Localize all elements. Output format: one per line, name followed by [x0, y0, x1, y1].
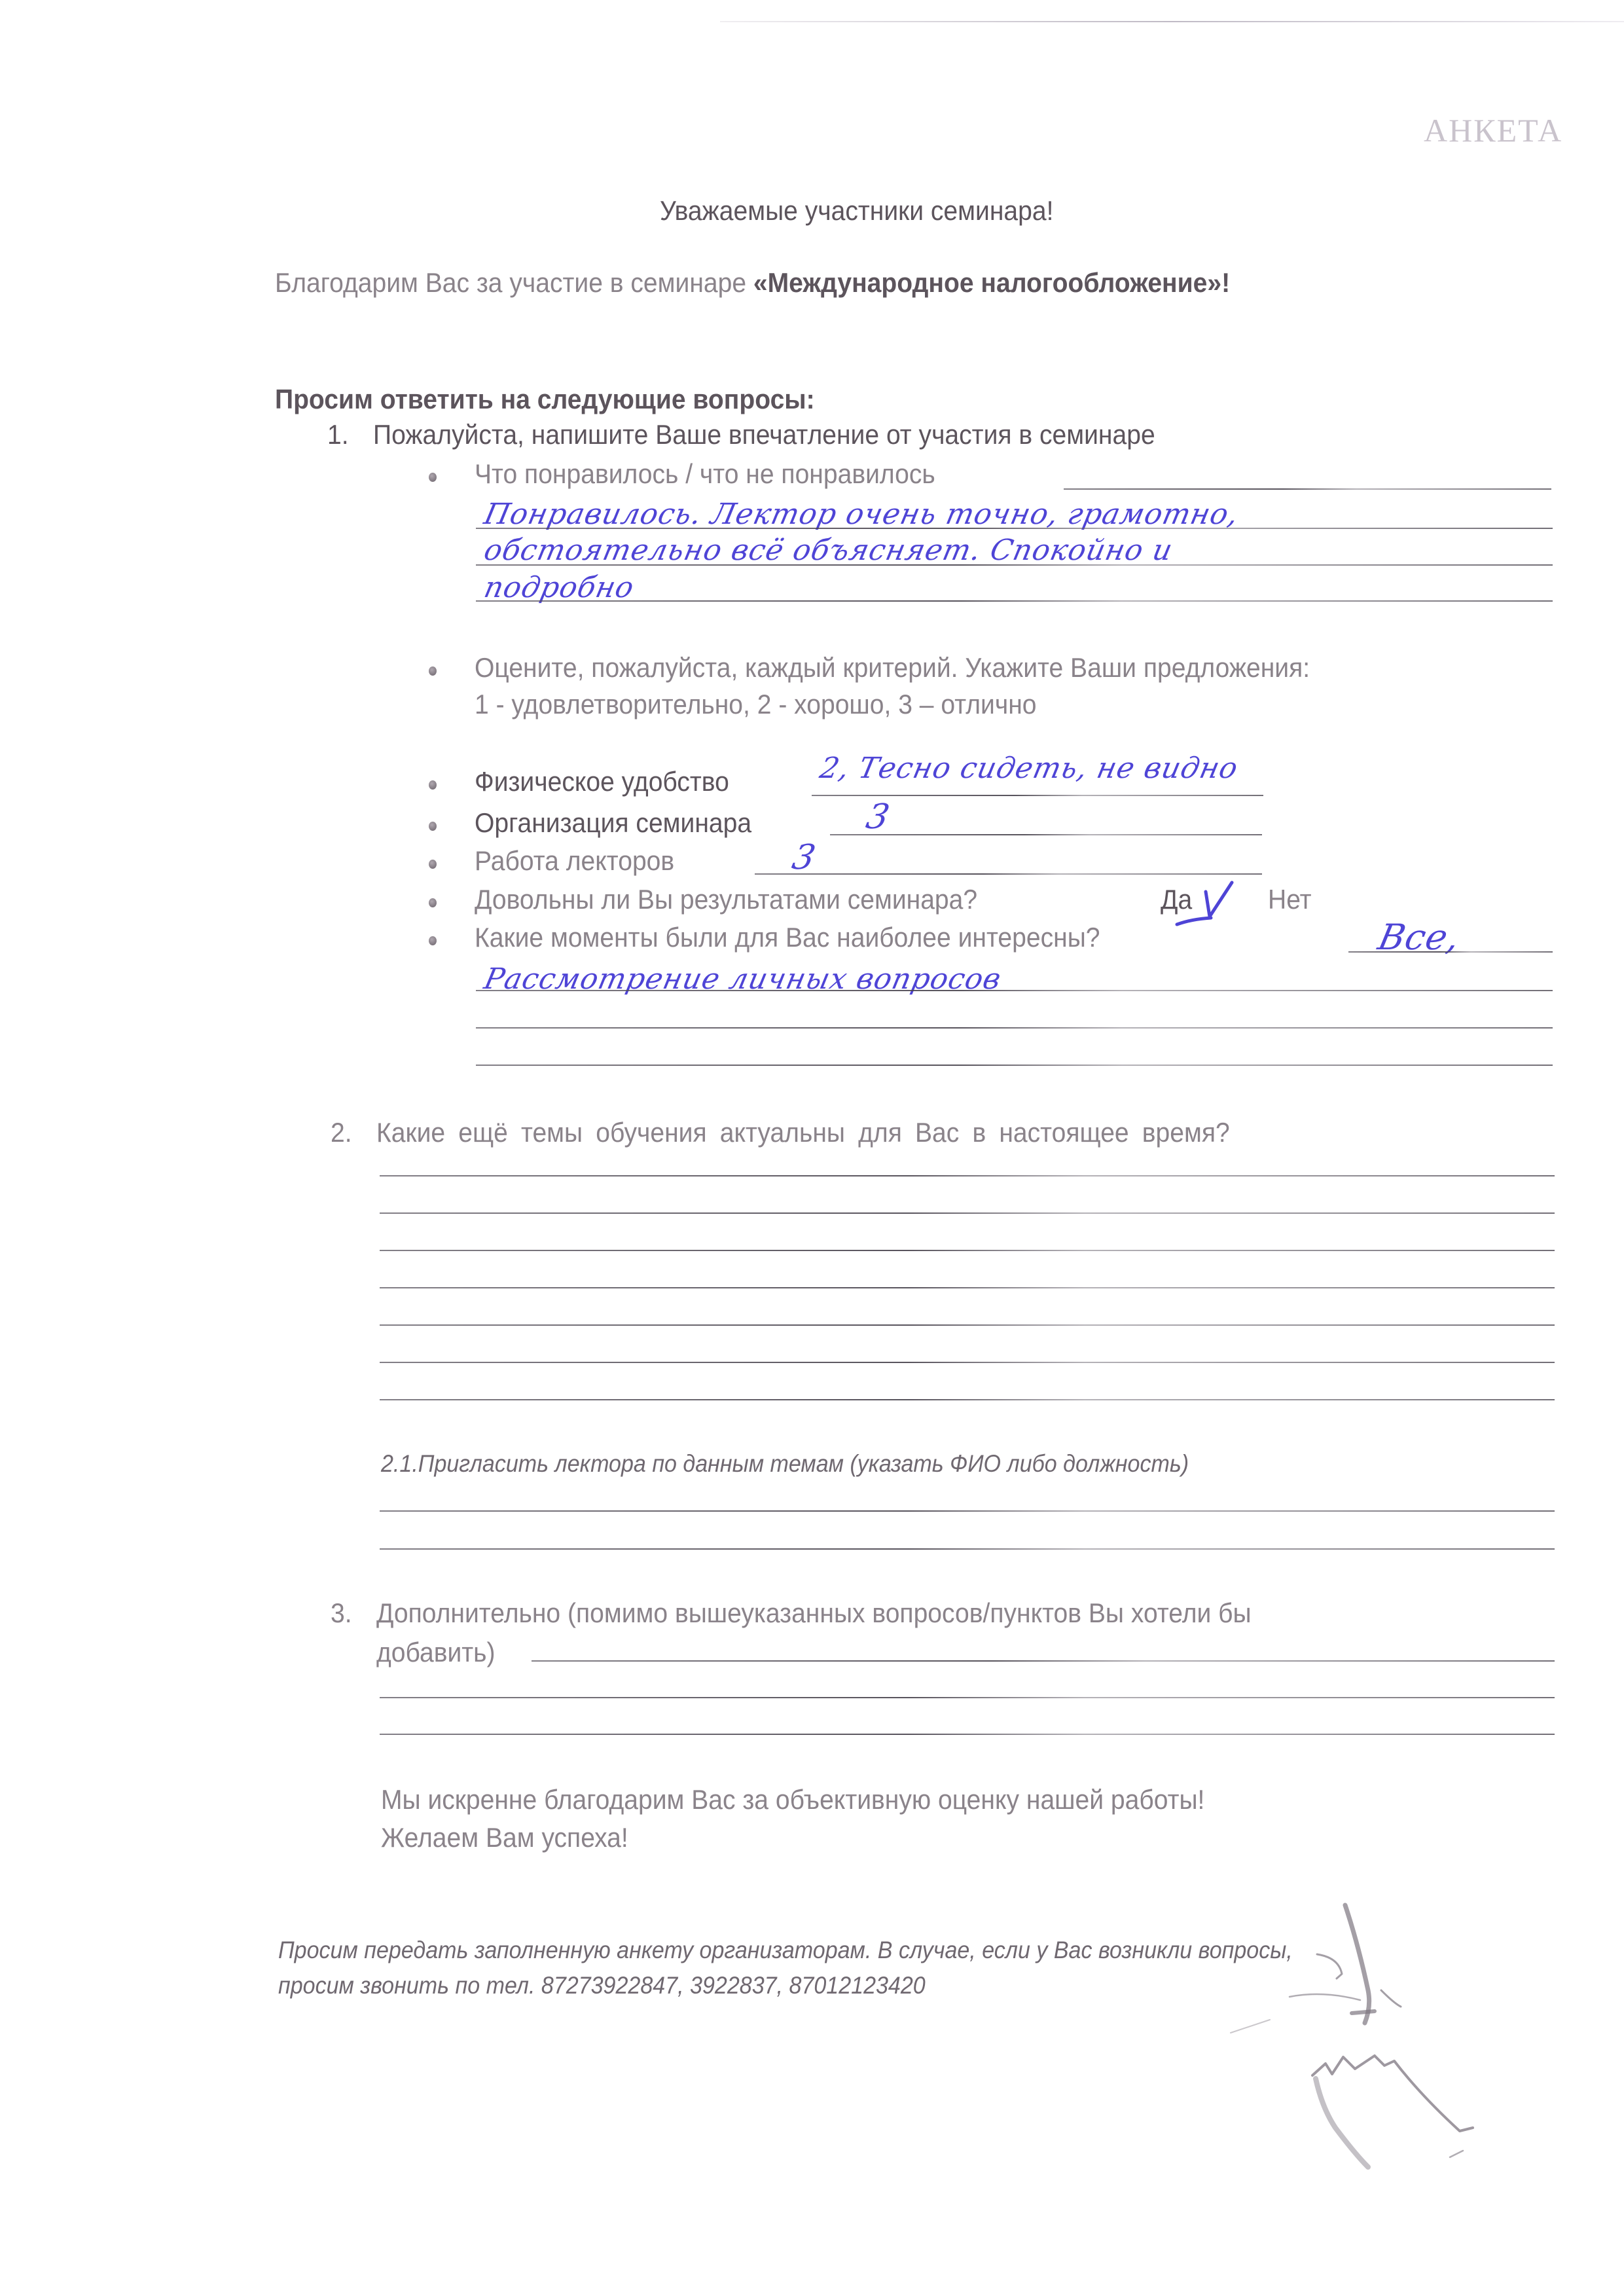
bullet-icon	[429, 936, 437, 945]
criterion-lecturers-answer: 3	[789, 838, 820, 877]
footer-line2: просим звонить по тел. 87273922847, 3922…	[278, 1972, 926, 1999]
footer-line1: Просим передать заполненную анкету орган…	[278, 1937, 1293, 1964]
bullet-icon	[429, 666, 437, 676]
q3-number: 3.	[331, 1597, 352, 1629]
answer-line[interactable]	[380, 1510, 1555, 1512]
answer-line[interactable]	[380, 1399, 1555, 1400]
closing-line2: Желаем Вам успеха!	[381, 1822, 628, 1853]
q1-text: Пожалуйста, напишите Ваше впечатление от…	[373, 419, 1155, 450]
form-title: АНКЕТА	[1424, 111, 1562, 149]
answer-line[interactable]	[755, 873, 1262, 875]
answer-line[interactable]	[532, 1660, 1555, 1662]
answer-line[interactable]	[1348, 951, 1553, 953]
answer-line[interactable]	[380, 1734, 1555, 1735]
q2-text: Какие ещё темы обучения актуальны для Ва…	[376, 1117, 1230, 1148]
criterion-lecturers-label: Работа лекторов	[475, 845, 674, 877]
thanks-line: Благодарим Вас за участие в семинаре «Ме…	[275, 267, 1230, 299]
bullet-icon	[429, 860, 437, 869]
thanks-prefix: Благодарим Вас за участие в семинаре	[275, 267, 753, 298]
checkmark-icon	[1172, 877, 1250, 930]
criterion-organization-answer: 3	[863, 797, 893, 837]
answer-line[interactable]	[476, 1027, 1553, 1029]
satisfied-label: Довольны ли Вы результатами семинара?	[475, 884, 977, 915]
scan-edge-line	[720, 21, 1624, 22]
answer-line[interactable]	[476, 990, 1553, 991]
answer-line[interactable]	[380, 1287, 1555, 1288]
answer-line[interactable]	[380, 1250, 1555, 1251]
answer-line[interactable]	[476, 1065, 1553, 1066]
seminar-name: «Международное налогообложение»!	[753, 267, 1230, 298]
answer-line[interactable]	[476, 528, 1553, 529]
bullet-icon	[429, 473, 437, 482]
criterion-physical-label: Физическое удобство	[475, 766, 729, 797]
signature-icon	[1198, 1892, 1499, 2259]
rating-scale: 1 - удовлетворительно, 2 - хорошо, 3 – о…	[475, 689, 1037, 720]
criterion-organization-label: Организация семинара	[475, 807, 751, 839]
answer-line[interactable]	[380, 1324, 1555, 1326]
q1-liked-answer-3: подробно	[481, 571, 638, 604]
answer-line[interactable]	[476, 564, 1553, 566]
answer-line[interactable]	[1064, 488, 1551, 490]
interesting-label: Какие моменты были для Вас наиболее инте…	[475, 922, 1100, 953]
bullet-icon	[429, 780, 437, 790]
rating-intro-label: Оцените, пожалуйста, каждый критерий. Ук…	[475, 652, 1310, 683]
bullet-icon	[429, 822, 437, 831]
q2-sub-text: 2.1.Пригласить лектора по данным темам (…	[381, 1450, 1189, 1478]
instructions: Просим ответить на следующие вопросы:	[275, 384, 815, 415]
answer-line[interactable]	[476, 600, 1553, 602]
answer-line[interactable]	[812, 795, 1263, 796]
q3-text-line1: Дополнительно (помимо вышеуказанных вопр…	[376, 1597, 1252, 1629]
criterion-physical-answer: 2, Тесно сидеть, не видно	[817, 752, 1241, 785]
answer-line[interactable]	[380, 1548, 1555, 1550]
q1-number: 1.	[327, 419, 349, 450]
answer-line[interactable]	[830, 834, 1262, 835]
bullet-icon	[429, 898, 437, 907]
q1-liked-label: Что понравилось / что не понравилось	[475, 458, 935, 490]
q2-number: 2.	[331, 1117, 352, 1148]
q3-text-line2: добавить)	[376, 1637, 496, 1668]
satisfied-no-option[interactable]: Нет	[1268, 884, 1312, 915]
greeting: Уважаемые участники семинара!	[660, 195, 1053, 227]
answer-line[interactable]	[380, 1362, 1555, 1363]
q1-liked-answer-1: Понравилось. Лектор очень точно, грамотн…	[481, 498, 1242, 531]
q1-liked-answer-2: обстоятельно всё объясняет. Спокойно и	[481, 534, 1176, 567]
answer-line[interactable]	[380, 1697, 1555, 1698]
answer-line[interactable]	[380, 1212, 1555, 1214]
closing-line1: Мы искренне благодарим Вас за объективну…	[381, 1784, 1204, 1815]
answer-line[interactable]	[380, 1175, 1555, 1176]
